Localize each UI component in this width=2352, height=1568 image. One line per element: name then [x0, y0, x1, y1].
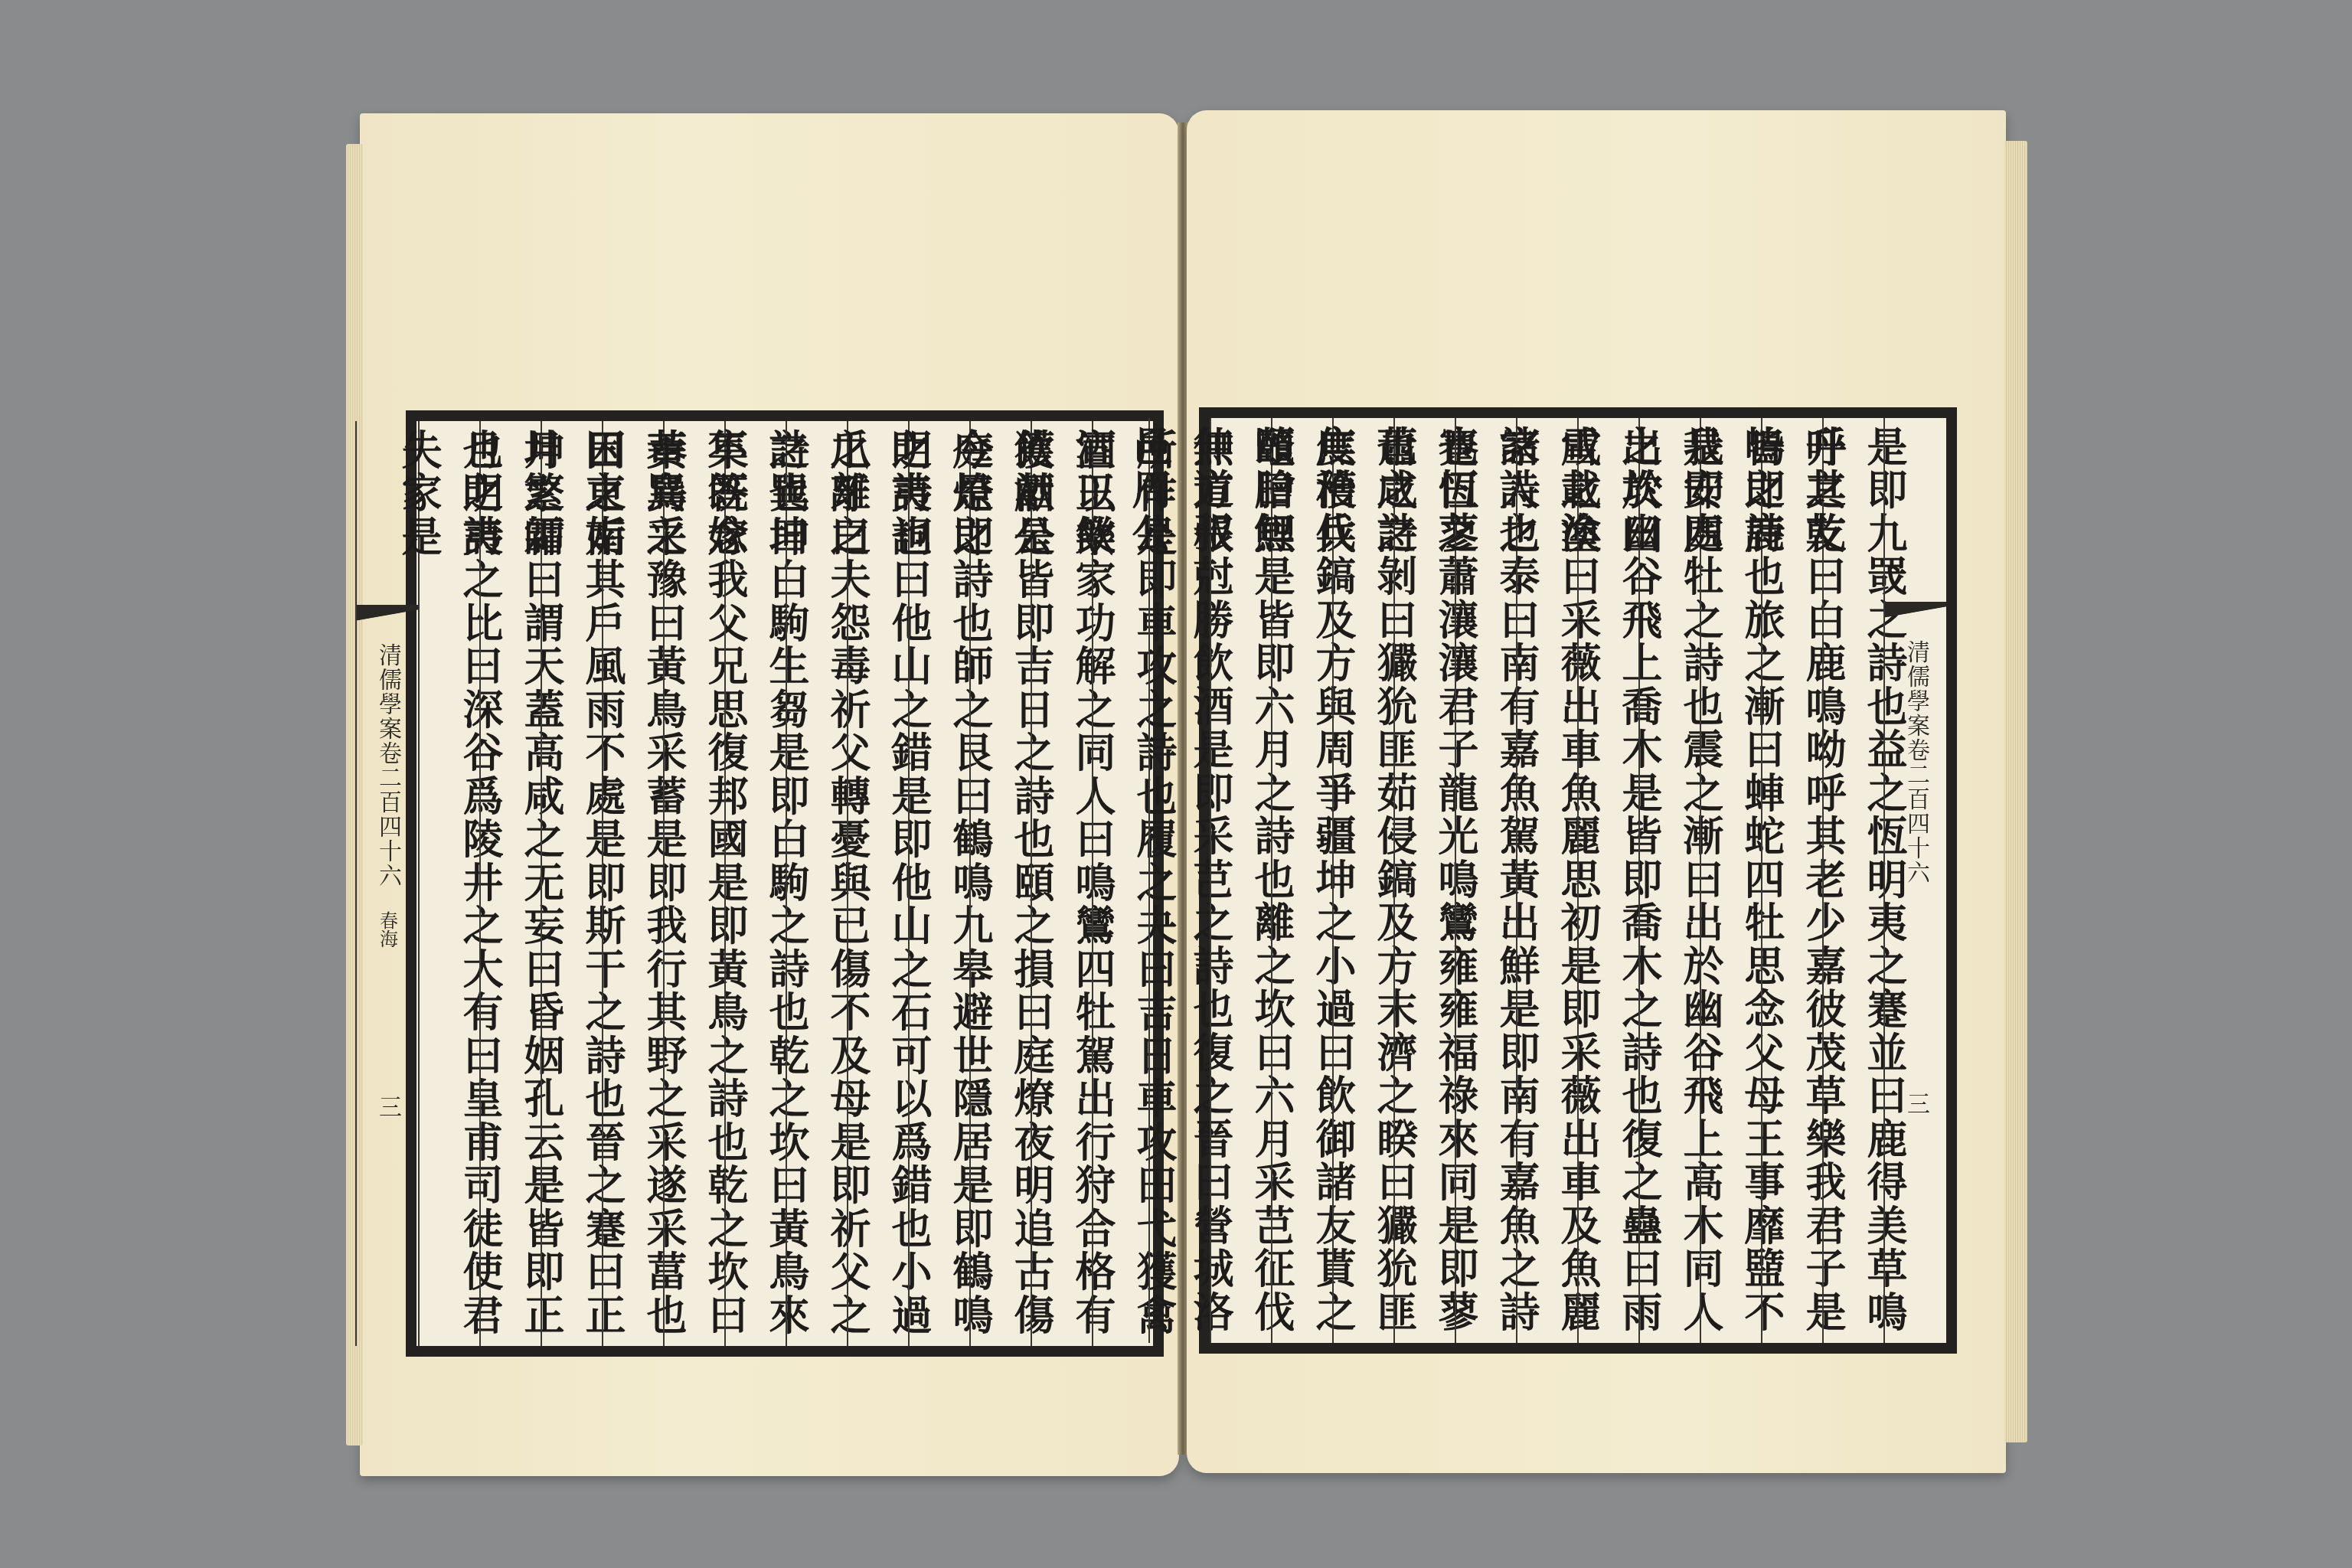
margin-book-title: 清儒學案卷二百四十六 [371, 643, 404, 888]
left-page: 所作是即車攻之詩也履之夬曰吉日車攻田弋獲禽宣王飲 酒以樂家功解之同人曰鳴鸞四牡駕… [360, 113, 1179, 1476]
text-column: 是即九罭之詩也益之恆明夷之蹇並曰鹿得美草鳴呼其友 [1822, 418, 1883, 1343]
right-page: 清儒學案卷二百四十六 三 是即九罭之詩也益之恆明夷之蹇並曰鹿得美草鳴呼其友 升之… [1187, 110, 2006, 1473]
page-edges-right [2004, 141, 2027, 1442]
right-margin-strip: 清儒學案卷二百四十六 三 [1883, 418, 1946, 1343]
margin-page-number: 三 [1899, 1092, 1932, 1115]
fishtail-mark [357, 605, 418, 625]
right-text-frame: 清儒學案卷二百四十六 三 是即九罭之詩也益之恆明夷之蹇並曰鹿得美草鳴呼其友 升之… [1199, 407, 1957, 1354]
fishtail-mark [1885, 602, 1946, 622]
open-book: 所作是即車攻之詩也履之夬曰吉日車攻田弋獲禽宣王飲 酒以樂家功解之同人曰鳴鸞四牡駕… [360, 92, 2014, 1485]
left-text-frame: 所作是即車攻之詩也履之夬曰吉日車攻田弋獲禽宣王飲 酒以樂家功解之同人曰鳴鸞四牡駕… [406, 410, 1164, 1357]
right-columns: 清儒學案卷二百四十六 三 是即九罭之詩也益之恆明夷之蹇並曰鹿得美草鳴呼其友 升之… [1210, 418, 1946, 1343]
left-columns: 所作是即車攻之詩也履之夬曰吉日車攻田弋獲禽宣王飲 酒以樂家功解之同人曰鳴鸞四牡駕… [416, 421, 1153, 1346]
margin-book-title: 清儒學案卷二百四十六 [1899, 640, 1932, 885]
left-margin-strip: 清儒學案卷二百四十六 春海 三 [355, 421, 418, 1346]
margin-page-number: 三 [371, 1095, 404, 1118]
margin-author: 春海 [374, 911, 401, 948]
